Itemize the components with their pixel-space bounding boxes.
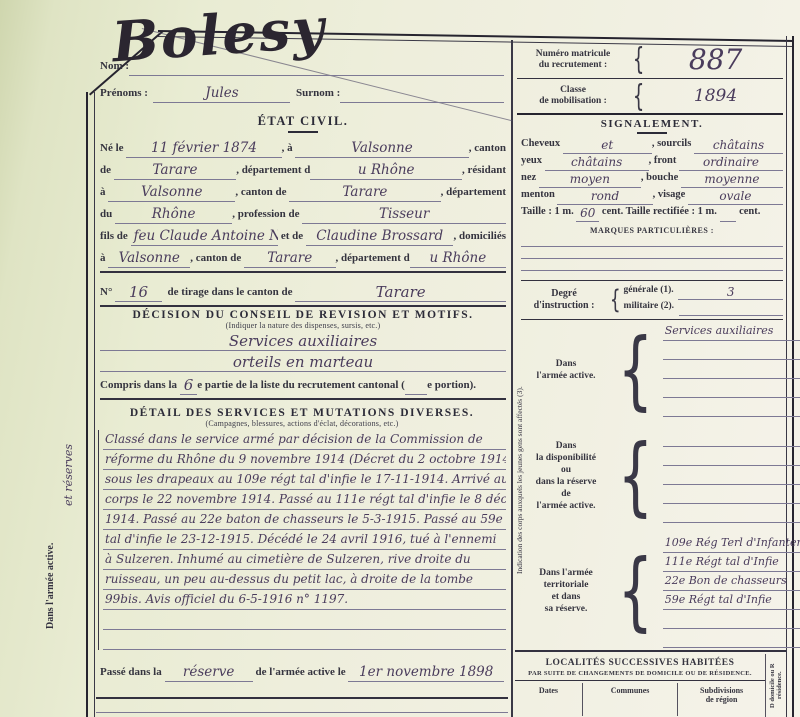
block-disponibilite-reserve: Dans la disponibilité ou dans la réserve… bbox=[524, 428, 800, 523]
prenoms-row: Prénoms : Jules Surnom : bbox=[100, 83, 504, 103]
compris-line: Compris dans la 6e partie de la liste du… bbox=[100, 372, 506, 395]
section-divider bbox=[100, 305, 506, 307]
handwritten-value: Tarare bbox=[244, 249, 335, 268]
handwritten-value: Tisseur bbox=[302, 205, 506, 224]
column-header-subdivisions: Subdivisions de région bbox=[678, 683, 765, 716]
ruled-line bbox=[521, 247, 783, 259]
printed-label: et de bbox=[278, 226, 306, 246]
handwritten-line bbox=[663, 341, 800, 360]
printed-label: , canton de bbox=[190, 248, 244, 268]
column-header-communes: Communes bbox=[583, 683, 678, 716]
section-detail-services: DÉTAIL DES SERVICES ET MUTATIONS DIVERSE… bbox=[98, 407, 506, 650]
handwritten-value: orteils en marteau bbox=[100, 353, 506, 372]
handwritten-line: 111e Régt tal d'Infie bbox=[663, 553, 800, 572]
blank-rule bbox=[340, 88, 504, 103]
service-history-text: Classé dans le service armé par décision… bbox=[98, 430, 506, 650]
table-top-border bbox=[515, 680, 765, 681]
handwritten-line: ruisseau, un peu au-dessus du petit lac,… bbox=[103, 570, 506, 590]
handwritten-value: Rhône bbox=[115, 205, 232, 224]
block-label: Dans la disponibilité ou dans la réserve… bbox=[524, 440, 608, 512]
ruled-line bbox=[96, 712, 508, 713]
margin-label-armee-active: Dans l'armée active. bbox=[45, 468, 56, 703]
detail-subtitle: (Campagnes, blessures, actions d'éclat, … bbox=[98, 419, 506, 428]
handwritten-value: Jules bbox=[153, 84, 290, 103]
handwritten-value: 3 bbox=[678, 285, 783, 300]
brace-left-icon: { bbox=[618, 327, 654, 413]
printed-label: à bbox=[100, 248, 108, 268]
handwritten-line: 59e Régt tal d'Infie bbox=[663, 591, 800, 610]
handwritten-value: réserve bbox=[165, 663, 253, 682]
block-armee-active: Dans l'armée active. { Services auxiliai… bbox=[524, 322, 800, 417]
handwritten-line bbox=[663, 466, 800, 485]
matricule-box: Numéro matricule du recrutement : { 887 … bbox=[517, 41, 783, 115]
detail-title: DÉTAIL DES SERVICES ET MUTATIONS DIVERSE… bbox=[98, 407, 506, 419]
handwritten-line: 22e Bon de chasseurs bbox=[663, 572, 800, 591]
scanned-military-record-page: Bolesy Nom : Prénoms : Jules Surnom : Nu… bbox=[0, 0, 800, 717]
section-etat-civil: ÉTAT CIVIL. Né le 11 février 1874, à Val… bbox=[100, 114, 506, 310]
handwritten-line bbox=[663, 398, 800, 417]
handwritten-line bbox=[103, 630, 506, 650]
handwritten-line bbox=[663, 379, 800, 398]
handwritten-line: corps le 22 novembre 1914. Passé au 111e… bbox=[103, 490, 506, 510]
taille-row: Taille : 1 m. 60 cent. Taille rectifiée … bbox=[521, 205, 783, 222]
handwritten-value: 6 bbox=[180, 376, 197, 395]
printed-label: Né le bbox=[100, 138, 126, 158]
etat-line: Né le 11 février 1874, à Valsonne, canto… bbox=[100, 136, 506, 158]
handwritten-line: sous les drapeaux au 109e régt tal d'inf… bbox=[103, 470, 506, 490]
handwritten-value: 11 février 1874 bbox=[126, 139, 281, 158]
decision-subtitle: (Indiquer la nature des dispenses, sursi… bbox=[100, 321, 506, 330]
matricule-row: Numéro matricule du recrutement : { 887 bbox=[517, 41, 783, 78]
handwritten-line: Classé dans le service armé par décision… bbox=[103, 430, 506, 450]
matricule-label: Numéro matricule du recrutement : bbox=[517, 49, 629, 71]
localites-subtitle: PAR SUITE DE CHANGEMENTS DE DOMICILE OU … bbox=[515, 670, 765, 677]
column-divider bbox=[511, 40, 513, 717]
section-degre-instruction: Degré d'instruction : { générale (1). 3 … bbox=[521, 280, 783, 320]
printed-label: militaire (2). bbox=[624, 296, 679, 316]
printed-label: , canton bbox=[469, 138, 506, 158]
classe-row: Classe de mobilisation : { 1894 bbox=[517, 78, 783, 113]
decision-line: orteils en marteau bbox=[100, 351, 506, 372]
form-left-border bbox=[86, 92, 95, 717]
brace-left-icon: { bbox=[633, 42, 644, 77]
localites-side-label: D domicile ou R résidence. bbox=[769, 654, 783, 717]
etat-civil-title: ÉTAT CIVIL. bbox=[100, 114, 506, 129]
printed-label: de l'armée active le bbox=[253, 662, 349, 682]
handwritten-line: à Sulzeren. Inhumé au cimetière de Sulze… bbox=[103, 550, 506, 570]
blank-rule bbox=[405, 380, 427, 395]
handwritten-value: Valsonne bbox=[295, 139, 468, 158]
handwritten-value: feu Claude Antoine Nin bbox=[131, 227, 279, 246]
handwritten-value: 16 bbox=[115, 283, 162, 302]
handwritten-value: moyenne bbox=[681, 172, 783, 188]
block-lines: 109e Rég Terl d'Infanterie111e Régt tal … bbox=[663, 534, 800, 648]
handwritten-value: Tarare bbox=[295, 283, 506, 302]
section-divider bbox=[515, 650, 786, 652]
decision-title: DÉCISION DU CONSEIL DE REVISION ET MOTIF… bbox=[100, 309, 506, 321]
printed-label: , canton de bbox=[235, 182, 289, 202]
handwritten-value: u Rhône bbox=[410, 249, 506, 268]
etat-line: fils de feu Claude Antoine Nin et de Cla… bbox=[100, 224, 506, 246]
margin-note-handwritten: et réserves bbox=[62, 420, 75, 530]
handwritten-value: Tarare bbox=[289, 183, 440, 202]
handwritten-value: Claudine Brossard bbox=[306, 227, 454, 246]
handwritten-value: 1er novembre 1898 bbox=[348, 663, 504, 682]
brace-left-icon: { bbox=[633, 79, 644, 114]
classe-label: Classe de mobilisation : bbox=[517, 85, 629, 107]
handwritten-line bbox=[663, 360, 800, 379]
printed-label: fils de bbox=[100, 226, 131, 246]
handwritten-line bbox=[663, 428, 800, 447]
brace-left-icon: { bbox=[610, 287, 621, 313]
printed-label: Nom : bbox=[100, 56, 129, 76]
printed-label: e partie de la liste du recrutement cant… bbox=[197, 375, 405, 395]
printed-label: , profession de bbox=[232, 204, 302, 224]
handwritten-value: Valsonne bbox=[108, 183, 235, 202]
handwritten-line: 99bis. Avis officiel du 6-5-1916 n° 1197… bbox=[103, 590, 506, 610]
handwritten-line bbox=[663, 447, 800, 466]
handwritten-value: 60 bbox=[576, 206, 599, 222]
blank-rule bbox=[720, 207, 737, 222]
printed-label: Taille : 1 m. bbox=[521, 202, 576, 222]
ruled-line bbox=[521, 235, 783, 247]
printed-label: de bbox=[100, 160, 114, 180]
handwritten-value: u Rhône bbox=[310, 161, 462, 180]
printed-label: Compris dans la bbox=[100, 375, 180, 395]
printed-label: , résidant bbox=[462, 160, 506, 180]
brace-left-icon: { bbox=[618, 548, 654, 634]
printed-label: Prénoms : bbox=[100, 83, 153, 103]
handwritten-line bbox=[663, 504, 800, 523]
handwritten-value: et bbox=[563, 138, 652, 154]
printed-label: , département d bbox=[236, 160, 310, 180]
matricule-value: 887 bbox=[648, 43, 783, 76]
classe-value: 1894 bbox=[648, 86, 783, 106]
printed-label: , à bbox=[282, 138, 296, 158]
etat-line: du Rhône, profession de Tisseur bbox=[100, 202, 506, 224]
etat-line: à Valsonne, canton de Tarare, départemen… bbox=[100, 180, 506, 202]
localites-table-header: Dates Communes Subdivisions de région bbox=[515, 683, 765, 716]
tirage-line: N° 16 de tirage dans le canton de Tarare bbox=[100, 276, 506, 302]
handwritten-line bbox=[663, 629, 800, 648]
handwritten-line bbox=[663, 610, 800, 629]
printed-label: , département d bbox=[336, 248, 410, 268]
title-divider bbox=[288, 131, 318, 133]
printed-label: Surnom : bbox=[290, 83, 340, 103]
blank-rule bbox=[679, 301, 783, 316]
section-divider bbox=[100, 271, 506, 273]
handwritten-value: Tarare bbox=[114, 161, 236, 180]
signalement-title: SIGNALEMENT. bbox=[521, 118, 783, 130]
handwritten-line: réforme du Rhône du 9 novembre 1914 (Déc… bbox=[103, 450, 506, 470]
section-decision-conseil: DÉCISION DU CONSEIL DE REVISION ET MOTIF… bbox=[100, 309, 506, 403]
printed-label: , département bbox=[441, 182, 506, 202]
handwritten-value: châtains bbox=[545, 155, 649, 171]
marques-label: MARQUES PARTICULIÈRES : bbox=[521, 226, 783, 235]
block-lines bbox=[663, 428, 800, 523]
section-signalement: SIGNALEMENT. Cheveux et, sourcils châtai… bbox=[521, 118, 783, 271]
block-lines: Services auxiliaires bbox=[663, 322, 800, 417]
printed-label: , domiciliés bbox=[453, 226, 506, 246]
section-localites: LOCALITÉS SUCCESSIVES HABITÉES PAR SUITE… bbox=[515, 654, 786, 717]
blank-rule bbox=[129, 61, 504, 76]
passe-reserve-line: Passé dans la réserve de l'armée active … bbox=[100, 662, 504, 682]
column-header-dates: Dates bbox=[515, 683, 583, 716]
instruction-militaire-row: militaire (2). bbox=[624, 300, 783, 316]
handwritten-line bbox=[663, 485, 800, 504]
handwritten-value: Services auxiliaires bbox=[100, 332, 506, 351]
block-armee-territoriale: Dans l'armée territoriale et dans sa rés… bbox=[524, 534, 800, 648]
printed-label: cent. Taille rectifiée : 1 m. bbox=[599, 202, 719, 222]
localites-title: LOCALITÉS SUCCESSIVES HABITÉES bbox=[515, 658, 765, 668]
section-divider bbox=[100, 398, 506, 400]
ruled-line bbox=[521, 259, 783, 271]
etat-line: de Tarare, département du Rhône, résidan… bbox=[100, 158, 506, 180]
printed-label: à bbox=[100, 182, 108, 202]
section-corps-affectation: Indication des corps auxquels les jeunes… bbox=[515, 318, 786, 648]
section-divider bbox=[96, 697, 508, 699]
nom-row: Nom : bbox=[100, 56, 504, 76]
printed-label: N° bbox=[100, 282, 115, 302]
margin-label-indication-corps: Indication des corps auxquels les jeunes… bbox=[515, 318, 524, 648]
handwritten-line: 109e Rég Terl d'Infanterie bbox=[663, 534, 800, 553]
etat-line: à Valsonne, canton de Tarare, départemen… bbox=[100, 246, 506, 268]
instruction-label: Degré d'instruction : bbox=[521, 288, 607, 312]
handwritten-line: 1914. Passé au 22e baton de chasseurs le… bbox=[103, 510, 506, 530]
handwritten-line: tal d'infie le 23-12-1915. Décédé le 24 … bbox=[103, 530, 506, 550]
printed-label: de tirage dans le canton de bbox=[162, 282, 295, 302]
block-label: Dans l'armée active. bbox=[524, 358, 608, 382]
decision-line: Services auxiliaires bbox=[100, 330, 506, 351]
brace-left-icon: { bbox=[618, 433, 654, 519]
handwritten-value: châtains bbox=[694, 138, 783, 154]
block-label: Dans l'armée territoriale et dans sa rés… bbox=[524, 567, 608, 615]
printed-label: du bbox=[100, 204, 115, 224]
handwritten-value: ordinaire bbox=[679, 155, 783, 171]
localites-side-column: D domicile ou R résidence. bbox=[765, 654, 786, 717]
printed-label: e portion). bbox=[427, 375, 476, 395]
printed-label: cent. bbox=[736, 202, 760, 222]
handwritten-line bbox=[103, 610, 506, 630]
printed-label: Passé dans la bbox=[100, 662, 165, 682]
handwritten-value: Valsonne bbox=[108, 249, 190, 268]
handwritten-line: Services auxiliaires bbox=[663, 322, 800, 341]
